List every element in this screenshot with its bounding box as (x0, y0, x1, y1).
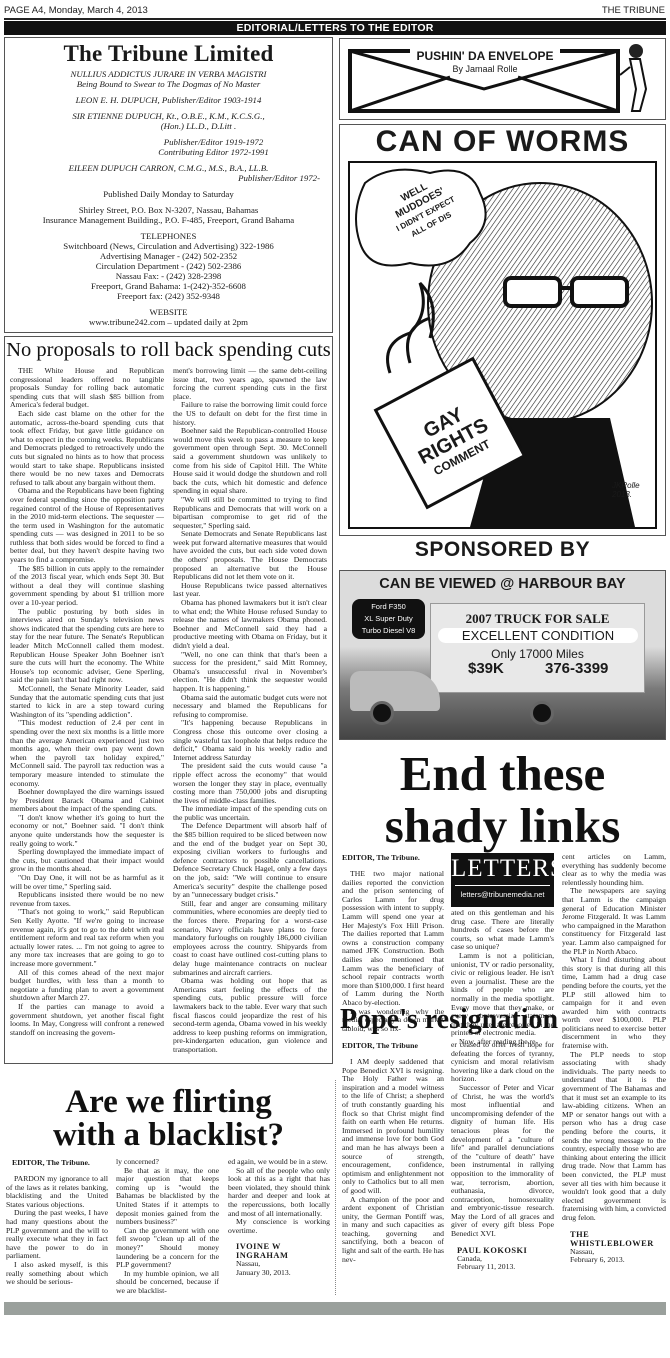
tel-freeport: Freeport, Grand Bahama: 1-(242)-352-6608 (5, 281, 332, 291)
tel-switchboard: Switchboard (News, Circulation and Adver… (5, 241, 332, 251)
shady-headline-line1: End these (337, 748, 668, 800)
paragraph: During the past weeks, I have had many q… (6, 1209, 108, 1261)
paragraph: cent articles on Lamm, everything has su… (562, 853, 666, 887)
paragraph: PARDON my ignorance to all of the laws a… (6, 1175, 108, 1209)
masthead-address1: Shirley Street, P.O. Box N-3207, Nassau,… (5, 205, 332, 215)
paragraph: Senate Democrats and Senate Republicans … (173, 530, 327, 582)
paragraph: I also asked myself, is this really some… (6, 1261, 108, 1287)
paragraph: Still, fear and anger are consuming mili… (173, 900, 327, 977)
paragraph: Obama said the automatic budget cuts wer… (173, 694, 327, 720)
telephones-heading: TELEPHONES (5, 231, 332, 241)
paragraph: The president said the cuts would cause … (173, 762, 327, 805)
paragraph: "Well, no one can think that that's been… (173, 651, 327, 694)
masthead-motto-translation: Being Bound to Swear to The Dogmas of No… (5, 79, 332, 89)
masthead-editor2-degrees: (Hon.) LL.D., D.Litt . (5, 121, 332, 131)
badge-line: Ford F350 (352, 601, 425, 613)
paragraph: Can the government with one fell swoop "… (116, 1227, 219, 1270)
ad-miles: Only 17000 Miles (430, 647, 645, 661)
ad-condition: EXCELLENT CONDITION (438, 628, 638, 643)
blacklist-headline-line1: Are we flirting (4, 1086, 333, 1119)
masthead-title: The Tribune Limited (5, 41, 332, 67)
blacklist-col2: ly concerned? Be that as it may, the one… (116, 1158, 219, 1296)
paragraph: The immediate impact of the spending cut… (173, 805, 327, 822)
paragraph: McConnell, the Senate Minority Leader, s… (10, 685, 164, 719)
tel-circulation: Circulation Department - (242) 502-2386 (5, 261, 332, 271)
masthead-published: Published Daily Monday to Saturday (5, 189, 332, 199)
blacklist-headline-line2: with a blacklist? (4, 1119, 333, 1152)
cartoon-title: CAN OF WORMS (340, 125, 665, 159)
paragraph: Sperling downplayed the immediate impact… (10, 848, 164, 874)
editorial-article: No proposals to roll back spending cuts … (4, 336, 333, 1064)
paragraph: "This modest reduction of 2.4 per cent i… (10, 719, 164, 788)
letter-byline: EDITOR, The Tribune (342, 1041, 444, 1050)
masthead-editor2-role: Publisher/Editor 1919-1972 (5, 137, 332, 147)
paragraph: "It's happening because Republicans in C… (173, 719, 327, 762)
cartoonist-signature: JKRolle 2013. (612, 481, 652, 499)
truck-wheel-icon (530, 701, 554, 725)
masthead-editor2-role2: Contributing Editor 1972-1991 (5, 147, 332, 157)
editorial-headline: No proposals to roll back spending cuts (5, 339, 332, 362)
masthead: The Tribune Limited NULLIUS ADDICTUS JUR… (4, 37, 333, 333)
paragraph: THE White House and Republican congressi… (10, 367, 164, 410)
tel-freeport-fax: Freeport fax: (242) 352-9348 (5, 291, 332, 301)
ad-location: CAN BE VIEWED @ HARBOUR BAY (340, 576, 665, 592)
letters-box-title: LETTERS (451, 853, 554, 885)
paragraph: What I find disturbing about this story … (562, 956, 666, 1051)
badge-line: XL Super Duty (352, 613, 425, 625)
ad-truck-title: 2007 TRUCK FOR SALE (430, 611, 645, 627)
truck-cab-icon (350, 671, 440, 711)
paragraph: "That's not going to work," said Republi… (10, 908, 164, 968)
tel-nassau-fax: Nassau Fax: - (242) 328-2398 (5, 271, 332, 281)
paragraph: A champion of the poor and ardent expone… (342, 1196, 444, 1265)
blacklist-headline: Are we flirting with a blacklist? (4, 1086, 333, 1152)
paper-name: THE TRIBUNE (602, 5, 665, 16)
cartoon-illustration: WELL MUDDOES' I DIDN'T EXPECT ALL OF DIS… (348, 161, 657, 529)
letter-date: January 30, 2013. (228, 1269, 330, 1278)
paragraph: Boehner said the Republican-controlled H… (173, 427, 327, 496)
paragraph: The Defence Department will absorb half … (173, 822, 327, 899)
paragraph: Obama has phoned lawmakers but it isn't … (173, 599, 327, 651)
shady-headline: End these shady links (337, 748, 668, 852)
header-rule (4, 18, 666, 20)
paragraph: House Republicans twice passed alternati… (173, 582, 327, 599)
paragraph: All of this comes ahead of the next majo… (10, 969, 164, 1003)
truck-wheel-icon (370, 701, 394, 725)
section-banner: EDITORIAL/LETTERS TO THE EDITOR (4, 21, 666, 35)
cartoon-series-header: PUSHIN' DA ENVELOPE By Jamaal Rolle (339, 38, 666, 120)
paragraph: "I don't know whether it's going to hurt… (10, 814, 164, 848)
footer-bar (4, 1302, 666, 1315)
paragraph: Republicans insisted there would be no n… (10, 891, 164, 908)
masthead-editor1: LEON E. H. DUPUCH, Publisher/Editor 1903… (5, 95, 332, 105)
pope-col1: EDITOR, The Tribune I AM deeply saddened… (342, 1041, 444, 1264)
blacklist-col3: ed again, we would be in a stew. So all … (228, 1158, 330, 1278)
pope-col2: er ceased to offer fresh hope for defeat… (451, 1041, 554, 1272)
masthead-motto: NULLIUS ADDICTUS JURARE IN VERBA MAGISTR… (5, 69, 332, 79)
letter-signature: THE WHISTLEBLOWER (562, 1230, 666, 1248)
paragraph: My conscience is working overtime. (228, 1218, 330, 1235)
sponsor-ad[interactable]: CAN BE VIEWED @ HARBOUR BAY Ford F350 XL… (339, 570, 666, 740)
paragraph: If the parties can manage to avoid a gov… (10, 1003, 164, 1037)
editorial-cartoon: CAN OF WORMS WELL MUDDOES' I DIDN'T EXPE… (339, 124, 666, 536)
blacklist-col1: EDITOR, The Tribune. PARDON my ignorance… (6, 1158, 108, 1287)
letters-box: LETTERS letters@tribunemedia.net (451, 853, 554, 907)
page-date-line: PAGE A4, Monday, March 4, 2013 (4, 5, 148, 16)
paragraph: Successor of Peter and Vicar of Christ, … (451, 1084, 554, 1239)
paragraph: "We will still be committed to trying to… (173, 496, 327, 530)
letter-date: February 6, 2013. (562, 1256, 666, 1265)
column-divider (335, 1080, 336, 1295)
paragraph: Obama and the Republicans have been figh… (10, 487, 164, 564)
cartoon-series-author: By Jamaal Rolle (410, 64, 560, 74)
paragraph: THE two major national dailies reported … (342, 870, 444, 1008)
badge-line: Turbo Diesel V8 (352, 625, 425, 637)
masthead-editor2: SIR ETIENNE DUPUCH, Kt., O.B.E., K.M., K… (5, 111, 332, 121)
masthead-address2: Insurance Management Building., P.O. F-4… (5, 215, 332, 225)
paragraph: The newspapers are saying that Lamm is t… (562, 887, 666, 956)
pope-headline: Pope's resignation (338, 1005, 560, 1035)
paragraph: Boehner downplayed the dire warnings iss… (10, 788, 164, 814)
paragraph: The $85 billion in cuts apply to the rem… (10, 565, 164, 608)
ad-price: $39K (468, 660, 504, 677)
sponsored-heading: SPONSORED BY (339, 538, 666, 562)
cartoon-series-title: PUSHIN' DA ENVELOPE (410, 49, 560, 63)
letter-signature: IVOINE W INGRAHAM (228, 1242, 330, 1260)
letter-date: February 11, 2013. (451, 1263, 554, 1272)
paragraph: Failure to raise the borrowing limit cou… (173, 401, 327, 427)
paragraph: ment's borrowing limit — the same debt-c… (173, 367, 327, 401)
shady-col3: cent articles on Lamm, everything has su… (562, 853, 666, 1265)
letter-byline: EDITOR, The Tribune. (342, 853, 444, 862)
masthead-editor3: EILEEN DUPUCH CARRON, C.M.G., M.S., B.A.… (5, 163, 332, 173)
website-url[interactable]: www.tribune242.com – updated daily at 2p… (5, 317, 332, 327)
paragraph: Each side cast blame on the other for th… (10, 410, 164, 487)
paragraph: "On Day One, it will not be as harmful a… (10, 874, 164, 891)
paragraph: ated on this gentleman and his drug case… (451, 909, 554, 952)
paragraph: Be that as it may, the one major questio… (116, 1167, 219, 1227)
paragraph: The PLP needs to stop associating with s… (562, 1051, 666, 1223)
paragraph: I AM deeply saddened that Pope Benedict … (342, 1058, 444, 1196)
ad-phone: 376-3399 (545, 660, 608, 677)
paragraph: er ceased to offer fresh hope for defeat… (451, 1041, 554, 1084)
masthead-editor3-role: Publisher/Editor 1972- (5, 173, 332, 183)
paragraph: So all of the people who only look at th… (228, 1167, 330, 1219)
paragraph: In my humble opinion, we all should be c… (116, 1270, 219, 1296)
editorial-col1: THE White House and Republican congressi… (10, 367, 164, 1037)
shady-headline-line2: shady links (337, 800, 668, 852)
ad-badge: Ford F350 XL Super Duty Turbo Diesel V8 (352, 599, 425, 639)
editorial-col2: ment's borrowing limit — the same debt-c… (173, 367, 327, 1055)
paragraph: Obama was holding out hope that as Ameri… (173, 977, 327, 1054)
paragraph: The public posturing by both sides in in… (10, 608, 164, 685)
website-heading: WEBSITE (5, 307, 332, 317)
letter-byline: EDITOR, The Tribune. (6, 1158, 108, 1167)
tel-advertising: Advertising Manager - (242) 502-2352 (5, 251, 332, 261)
letters-email-link[interactable]: letters@tribunemedia.net (451, 886, 554, 904)
